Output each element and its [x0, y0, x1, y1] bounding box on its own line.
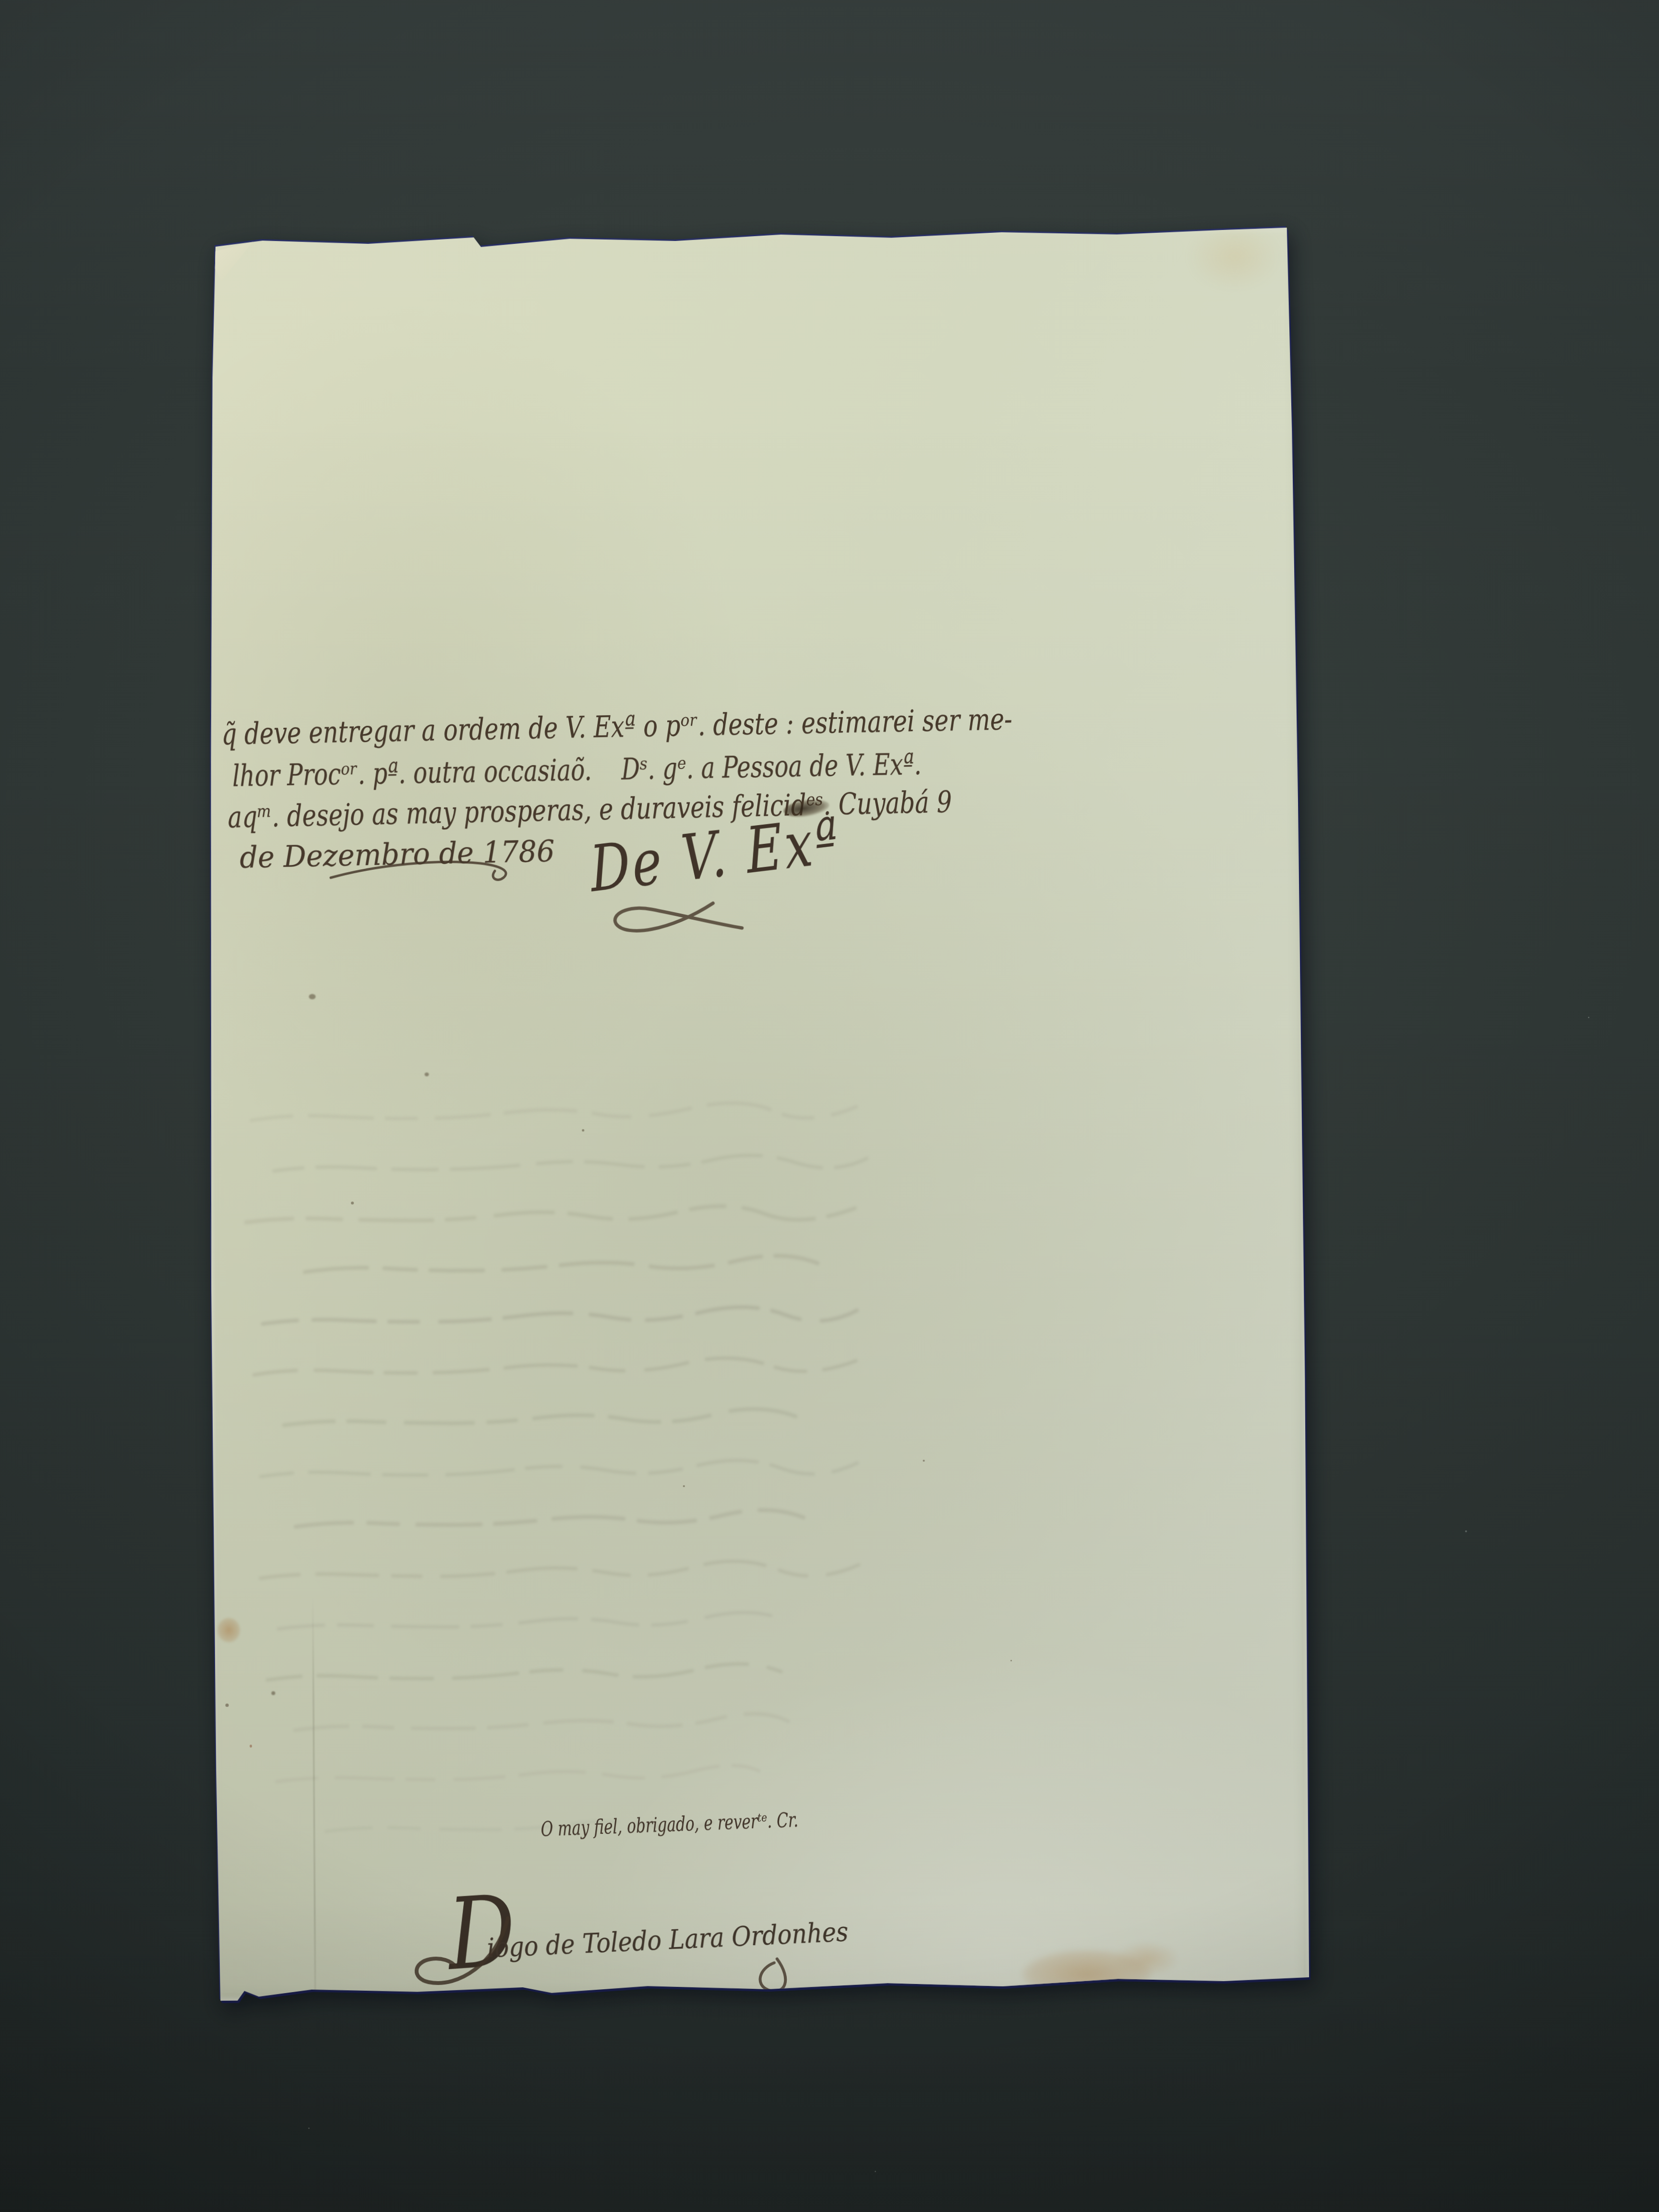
pen-flourish-strokes — [205, 228, 1309, 2001]
backdrop-dust-speck — [875, 2171, 876, 2172]
signature-d-tail-swash — [416, 1918, 508, 1983]
signature-trailing-flourish — [760, 1959, 785, 1992]
paper-speck — [923, 1460, 925, 1462]
paper-speck — [271, 1691, 275, 1695]
manuscript-page: q̃ deve entregar a ordem de V. Exª o pᵒʳ… — [205, 228, 1309, 2001]
backdrop-dust-speck — [1588, 1017, 1589, 1018]
paper-speck — [1010, 1660, 1012, 1661]
backdrop-dust-speck — [308, 2128, 310, 2129]
valediction-d-tail-swash — [615, 903, 742, 931]
paper-speck — [683, 1485, 685, 1487]
paper-speck — [250, 1744, 252, 1747]
paper-speck — [582, 1129, 584, 1131]
paper-speck — [351, 1202, 354, 1204]
photograph-of-manuscript: q̃ deve entregar a ordem de V. Exª o pᵒʳ… — [0, 0, 1659, 2212]
paper-shadow-wrap: q̃ deve entregar a ordem de V. Exª o pᵒʳ… — [205, 228, 1309, 2001]
backdrop-dust-speck — [1465, 1530, 1467, 1532]
paper-speck — [225, 1704, 228, 1707]
date-underline-swash — [331, 862, 506, 881]
ink-speck — [424, 1072, 429, 1076]
ink-speck — [309, 994, 315, 999]
